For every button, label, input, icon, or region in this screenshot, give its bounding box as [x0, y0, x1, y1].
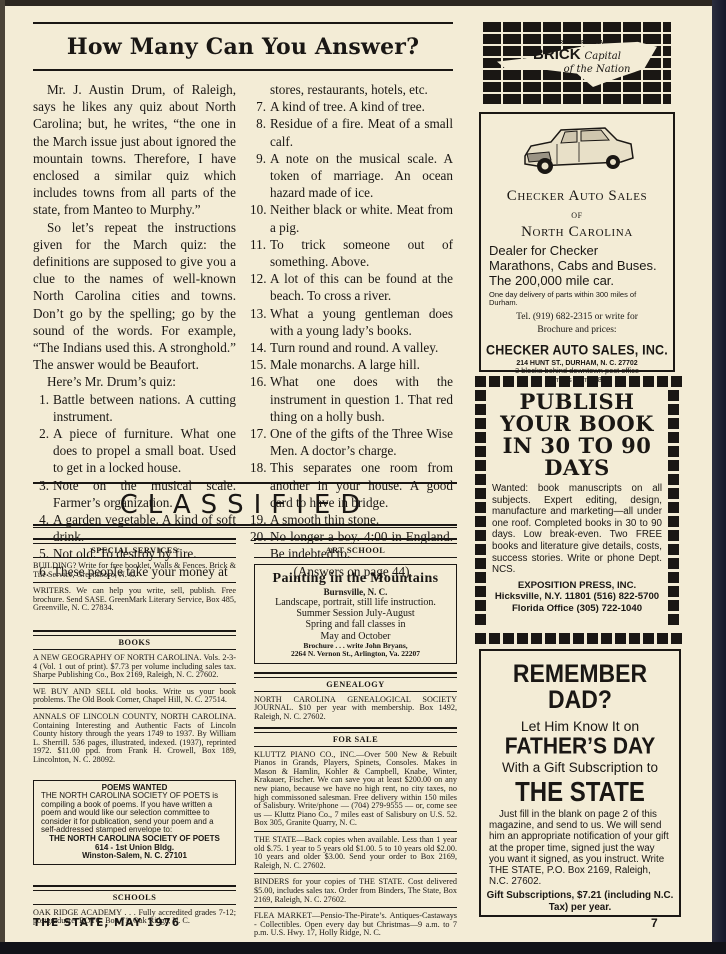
page-top-edge — [5, 0, 717, 6]
section-header-books: BOOKS — [33, 635, 236, 650]
question-number: 8. — [250, 115, 266, 132]
question-text: One of the gifts of the Three Wise Men. … — [270, 426, 453, 458]
classified-ad: THE STATE—Back copies when available. Le… — [254, 832, 457, 874]
border-square — [503, 633, 514, 644]
classified-rule-bottom — [33, 524, 457, 528]
border-square — [668, 516, 679, 527]
checker-dealer-text: Dealer for Checker Marathons, Cabs and B… — [489, 243, 665, 288]
brick-ad-script-capital: Capital — [585, 51, 621, 62]
quiz-question: 13.What a young gentleman does with a yo… — [250, 305, 453, 339]
checker-telephone: Tel. (919) 682-2315 or write for — [481, 311, 673, 324]
question-text: Residue of a fire. Meat of a small calf. — [270, 116, 453, 148]
checker-border-right — [668, 390, 679, 625]
art-school-line-1: Landscape, portrait, still life instruct… — [259, 597, 452, 608]
page-bottom-edge — [0, 942, 726, 954]
quiz-question: 11.To trick someone out of something. Ab… — [250, 236, 453, 270]
checker-name-line2: of — [481, 205, 673, 223]
border-square — [668, 418, 679, 429]
border-square — [668, 614, 679, 625]
border-square — [671, 633, 682, 644]
question-text: Neither black or white. Meat from a pig. — [270, 202, 453, 234]
classified-ad: FLEA MARKET—Pensio-The-Pirate’s. Antique… — [254, 908, 457, 941]
border-square — [615, 633, 626, 644]
border-square — [475, 488, 486, 499]
question-text: What one does with the instrument in que… — [270, 374, 453, 423]
checker-company-name: CHECKER AUTO SALES, INC. — [481, 342, 673, 357]
border-square — [587, 376, 598, 387]
border-square — [517, 376, 528, 387]
dad-gift-line: With a Gift Subscription to — [481, 759, 679, 776]
border-square — [489, 376, 500, 387]
border-square — [668, 600, 679, 611]
question-number: 9. — [250, 150, 266, 167]
border-square — [475, 446, 486, 457]
checker-border-left — [475, 390, 486, 625]
border-square — [629, 633, 640, 644]
binding-spine — [712, 0, 726, 954]
magazine-page: How Many Can You Answer? Mr. J. Austin D… — [0, 0, 712, 944]
classified-ad: BUILDING? Write for free booklet, Walls … — [33, 558, 236, 583]
border-square — [545, 376, 556, 387]
border-square — [475, 614, 486, 625]
classified-section: CLASSIFIED SPECIAL SERVICES BUILDING? Wr… — [33, 482, 457, 941]
classified-ad: WE BUY AND SELL old books. Write us your… — [33, 684, 236, 709]
section-header-special-services: SPECIAL SERVICES — [33, 543, 236, 558]
border-square — [559, 376, 570, 387]
border-square — [559, 633, 570, 644]
border-square — [668, 572, 679, 583]
border-square — [668, 432, 679, 443]
question-number: 15. — [250, 356, 266, 373]
dad-fathers-day: FATHER’S DAY — [481, 734, 679, 760]
dad-price: Gift Subscriptions, $7.21 (including N.C… — [481, 890, 679, 913]
question-text: A piece of furniture. What one does to p… — [53, 426, 236, 475]
page-number: 7 — [651, 916, 658, 930]
section-header-genealogy: GENEALOGY — [254, 677, 457, 692]
border-square — [643, 633, 654, 644]
quiz-question: 9.A note on the musical scale. A token o… — [250, 150, 453, 202]
car-illustration-icon — [517, 122, 637, 180]
border-square — [668, 390, 679, 401]
question-text: Battle between nations. A cutting instru… — [53, 392, 236, 424]
question-number: 7. — [250, 98, 266, 115]
question-number: 2. — [33, 425, 49, 442]
quiz-lead-in: Here’s Mr. Drum’s quiz: — [33, 373, 236, 390]
section-header-art-school: ART SCHOOL — [254, 543, 457, 558]
section-header-schools: SCHOOLS — [33, 890, 236, 905]
border-square — [573, 633, 584, 644]
border-square — [668, 460, 679, 471]
question-text: Turn round and round. A valley. — [270, 340, 438, 355]
art-school-line-2: Summer Session July-August — [259, 608, 452, 619]
publish-headline-3: IN 30 TO 90 — [492, 435, 662, 457]
classified-ad: NORTH CAROLINA GENEALOGICAL SOCIETY JOUR… — [254, 692, 457, 725]
classified-ad: A NEW GEOGRAPHY OF NORTH CAROLINA. Vols.… — [33, 650, 236, 684]
border-square — [531, 633, 542, 644]
art-school-title: Painting in the Mountains — [259, 571, 452, 587]
border-square — [475, 474, 486, 485]
question-number: 17. — [250, 425, 266, 442]
classified-ad: ANNALS OF LINCOLN COUNTY, NORTH CAROLINA… — [33, 709, 236, 768]
checker-name-line3: North Carolina — [481, 223, 673, 241]
question-number: 18. — [250, 459, 266, 476]
art-school-box: Painting in the Mountains Burnsville, N.… — [254, 564, 457, 664]
border-square — [668, 502, 679, 513]
question-text: What a young gentleman does with a young… — [270, 306, 453, 338]
quiz-question: 15.Male monarchs. A large hill. — [250, 356, 453, 373]
publish-company: EXPOSITION PRESS, INC. — [492, 580, 662, 591]
question-number: 14. — [250, 339, 266, 356]
border-square — [475, 633, 486, 644]
border-square — [475, 530, 486, 541]
dad-the-state: THE STATE — [481, 777, 679, 809]
border-square — [668, 474, 679, 485]
dad-subhead: Let Him Know It on — [481, 717, 679, 735]
border-square — [475, 586, 486, 597]
question-number: 13. — [250, 305, 266, 322]
brick-ad-headline: BRICK — [533, 46, 581, 63]
poems-wanted-box: POEMS WANTED THE NORTH CAROLINA SOCIETY … — [33, 780, 236, 865]
border-square — [475, 404, 486, 415]
quiz-question: 7.A kind of tree. A kind of tree. — [250, 98, 453, 115]
dad-body: Just fill in the blank on page 2 of this… — [481, 807, 679, 887]
quiz-title: How Many Can You Answer? — [33, 24, 453, 69]
publish-florida-office: Florida Office (305) 722-1040 — [492, 603, 662, 614]
border-square — [475, 600, 486, 611]
checker-delivery-text: One day delivery of parts within 300 mil… — [489, 291, 665, 307]
publication-footer: THE STATE, MAY 1976 — [33, 917, 180, 929]
publish-headline-4: DAYS — [492, 457, 662, 479]
border-square — [475, 572, 486, 583]
border-square — [545, 633, 556, 644]
border-square — [668, 558, 679, 569]
publish-headline-2: YOUR BOOK — [492, 413, 662, 435]
border-square — [587, 633, 598, 644]
quiz-intro-paragraph: Mr. J. Austin Drum, of Raleigh, says he … — [33, 81, 236, 219]
quiz-instructions-paragraph: So let’s repeat the instructions given f… — [33, 219, 236, 374]
border-square — [615, 376, 626, 387]
border-square — [531, 376, 542, 387]
publish-your-book-ad: PUBLISH YOUR BOOK IN 30 TO 90 DAYS Wante… — [475, 376, 679, 644]
border-square — [475, 432, 486, 443]
classified-ad: WRITERS. We can help you write, sell, pu… — [33, 583, 236, 616]
quiz-question: 12.A lot of this can be found at the bea… — [250, 270, 453, 304]
question-continuation: stores, restaurants, hotels, etc. — [250, 81, 453, 98]
question-number: 12. — [250, 270, 266, 287]
border-square — [668, 488, 679, 499]
border-square — [475, 502, 486, 513]
quiz-question: 16.What one does with the instrument in … — [250, 373, 453, 425]
checker-border-top — [475, 376, 682, 387]
border-square — [475, 390, 486, 401]
checker-auto-sales-ad: Checker Auto Sales of North Carolina Dea… — [479, 112, 675, 372]
question-text: Male monarchs. A large hill. — [270, 357, 420, 372]
border-square — [573, 376, 584, 387]
border-square — [668, 530, 679, 541]
quiz-question: 2.A piece of furniture. What one does to… — [33, 425, 236, 477]
border-square — [643, 376, 654, 387]
publish-address: Hicksville, N.Y. 11801 (516) 822-5700 — [492, 591, 662, 602]
section-header-for-sale: FOR SALE — [254, 732, 457, 747]
border-square — [668, 544, 679, 555]
brick-capital-ad: NORTH CAROLINA BRICK Capital of the Nati… — [483, 22, 671, 106]
art-school-location: Burnsville, N. C. — [259, 587, 452, 597]
border-square — [489, 633, 500, 644]
border-square — [668, 586, 679, 597]
border-square — [601, 376, 612, 387]
publish-body: Wanted: book manuscripts on all subjects… — [492, 483, 662, 576]
question-text: To trick someone out of something. Above… — [270, 237, 453, 269]
art-school-line-3: Spring and fall classes in — [259, 619, 452, 630]
fathers-day-subscription-ad: REMEMBER DAD? Let Him Know It on FATHER’… — [479, 649, 681, 917]
quiz-question: 14.Turn round and round. A valley. — [250, 339, 453, 356]
checker-name-line1: Checker Auto Sales — [481, 187, 673, 205]
border-square — [657, 376, 668, 387]
border-square — [668, 404, 679, 415]
question-text: A kind of tree. A kind of tree. — [270, 99, 425, 114]
dad-headline-2: DAD? — [481, 686, 679, 712]
classified-column-left: SPECIAL SERVICES BUILDING? Write for fre… — [33, 538, 236, 941]
brick-ad-script-nation: of the Nation — [483, 64, 671, 75]
border-square — [517, 633, 528, 644]
border-square — [475, 516, 486, 527]
poems-body: THE NORTH CAROLINA SOCIETY OF POETS is c… — [41, 792, 228, 835]
quiz-question: 1.Battle between nations. A cutting inst… — [33, 391, 236, 425]
border-square — [657, 633, 668, 644]
border-square — [668, 446, 679, 457]
border-square — [475, 418, 486, 429]
quiz-question: 10.Neither black or white. Meat from a p… — [250, 201, 453, 235]
border-square — [475, 544, 486, 555]
poems-address-2: Winston-Salem, N. C. 27101 — [41, 852, 228, 861]
checker-brochure: Brochure and prices: — [481, 324, 673, 337]
question-number: 16. — [250, 373, 266, 390]
question-number: 11. — [250, 236, 266, 253]
classified-column-right: ART SCHOOL Painting in the Mountains Bur… — [254, 538, 457, 941]
border-square — [503, 376, 514, 387]
checker-border-bottom — [475, 633, 682, 644]
classified-title: CLASSIFIED — [33, 484, 457, 524]
classified-ad: KLUTTZ PIANO CO., INC.—Over 500 New & Re… — [254, 747, 457, 832]
border-square — [671, 376, 682, 387]
publish-headline-1: PUBLISH — [492, 391, 662, 413]
border-square — [629, 376, 640, 387]
quiz-question: 17.One of the gifts of the Three Wise Me… — [250, 425, 453, 459]
question-number: 10. — [250, 201, 266, 218]
art-school-address: 2264 N. Vernon St., Arlington, Va. 22207 — [259, 650, 452, 659]
question-number: 1. — [33, 391, 49, 408]
border-square — [475, 558, 486, 569]
question-text: A lot of this can be found at the beach.… — [270, 271, 453, 303]
question-text: A note on the musical scale. A token of … — [270, 151, 453, 200]
dad-headline-1: REMEMBER — [481, 660, 679, 686]
border-square — [475, 376, 486, 387]
border-square — [475, 460, 486, 471]
border-square — [601, 633, 612, 644]
classified-ad: BINDERS for your copies of THE STATE. Co… — [254, 874, 457, 908]
quiz-question: 8.Residue of a fire. Meat of a small cal… — [250, 115, 453, 149]
